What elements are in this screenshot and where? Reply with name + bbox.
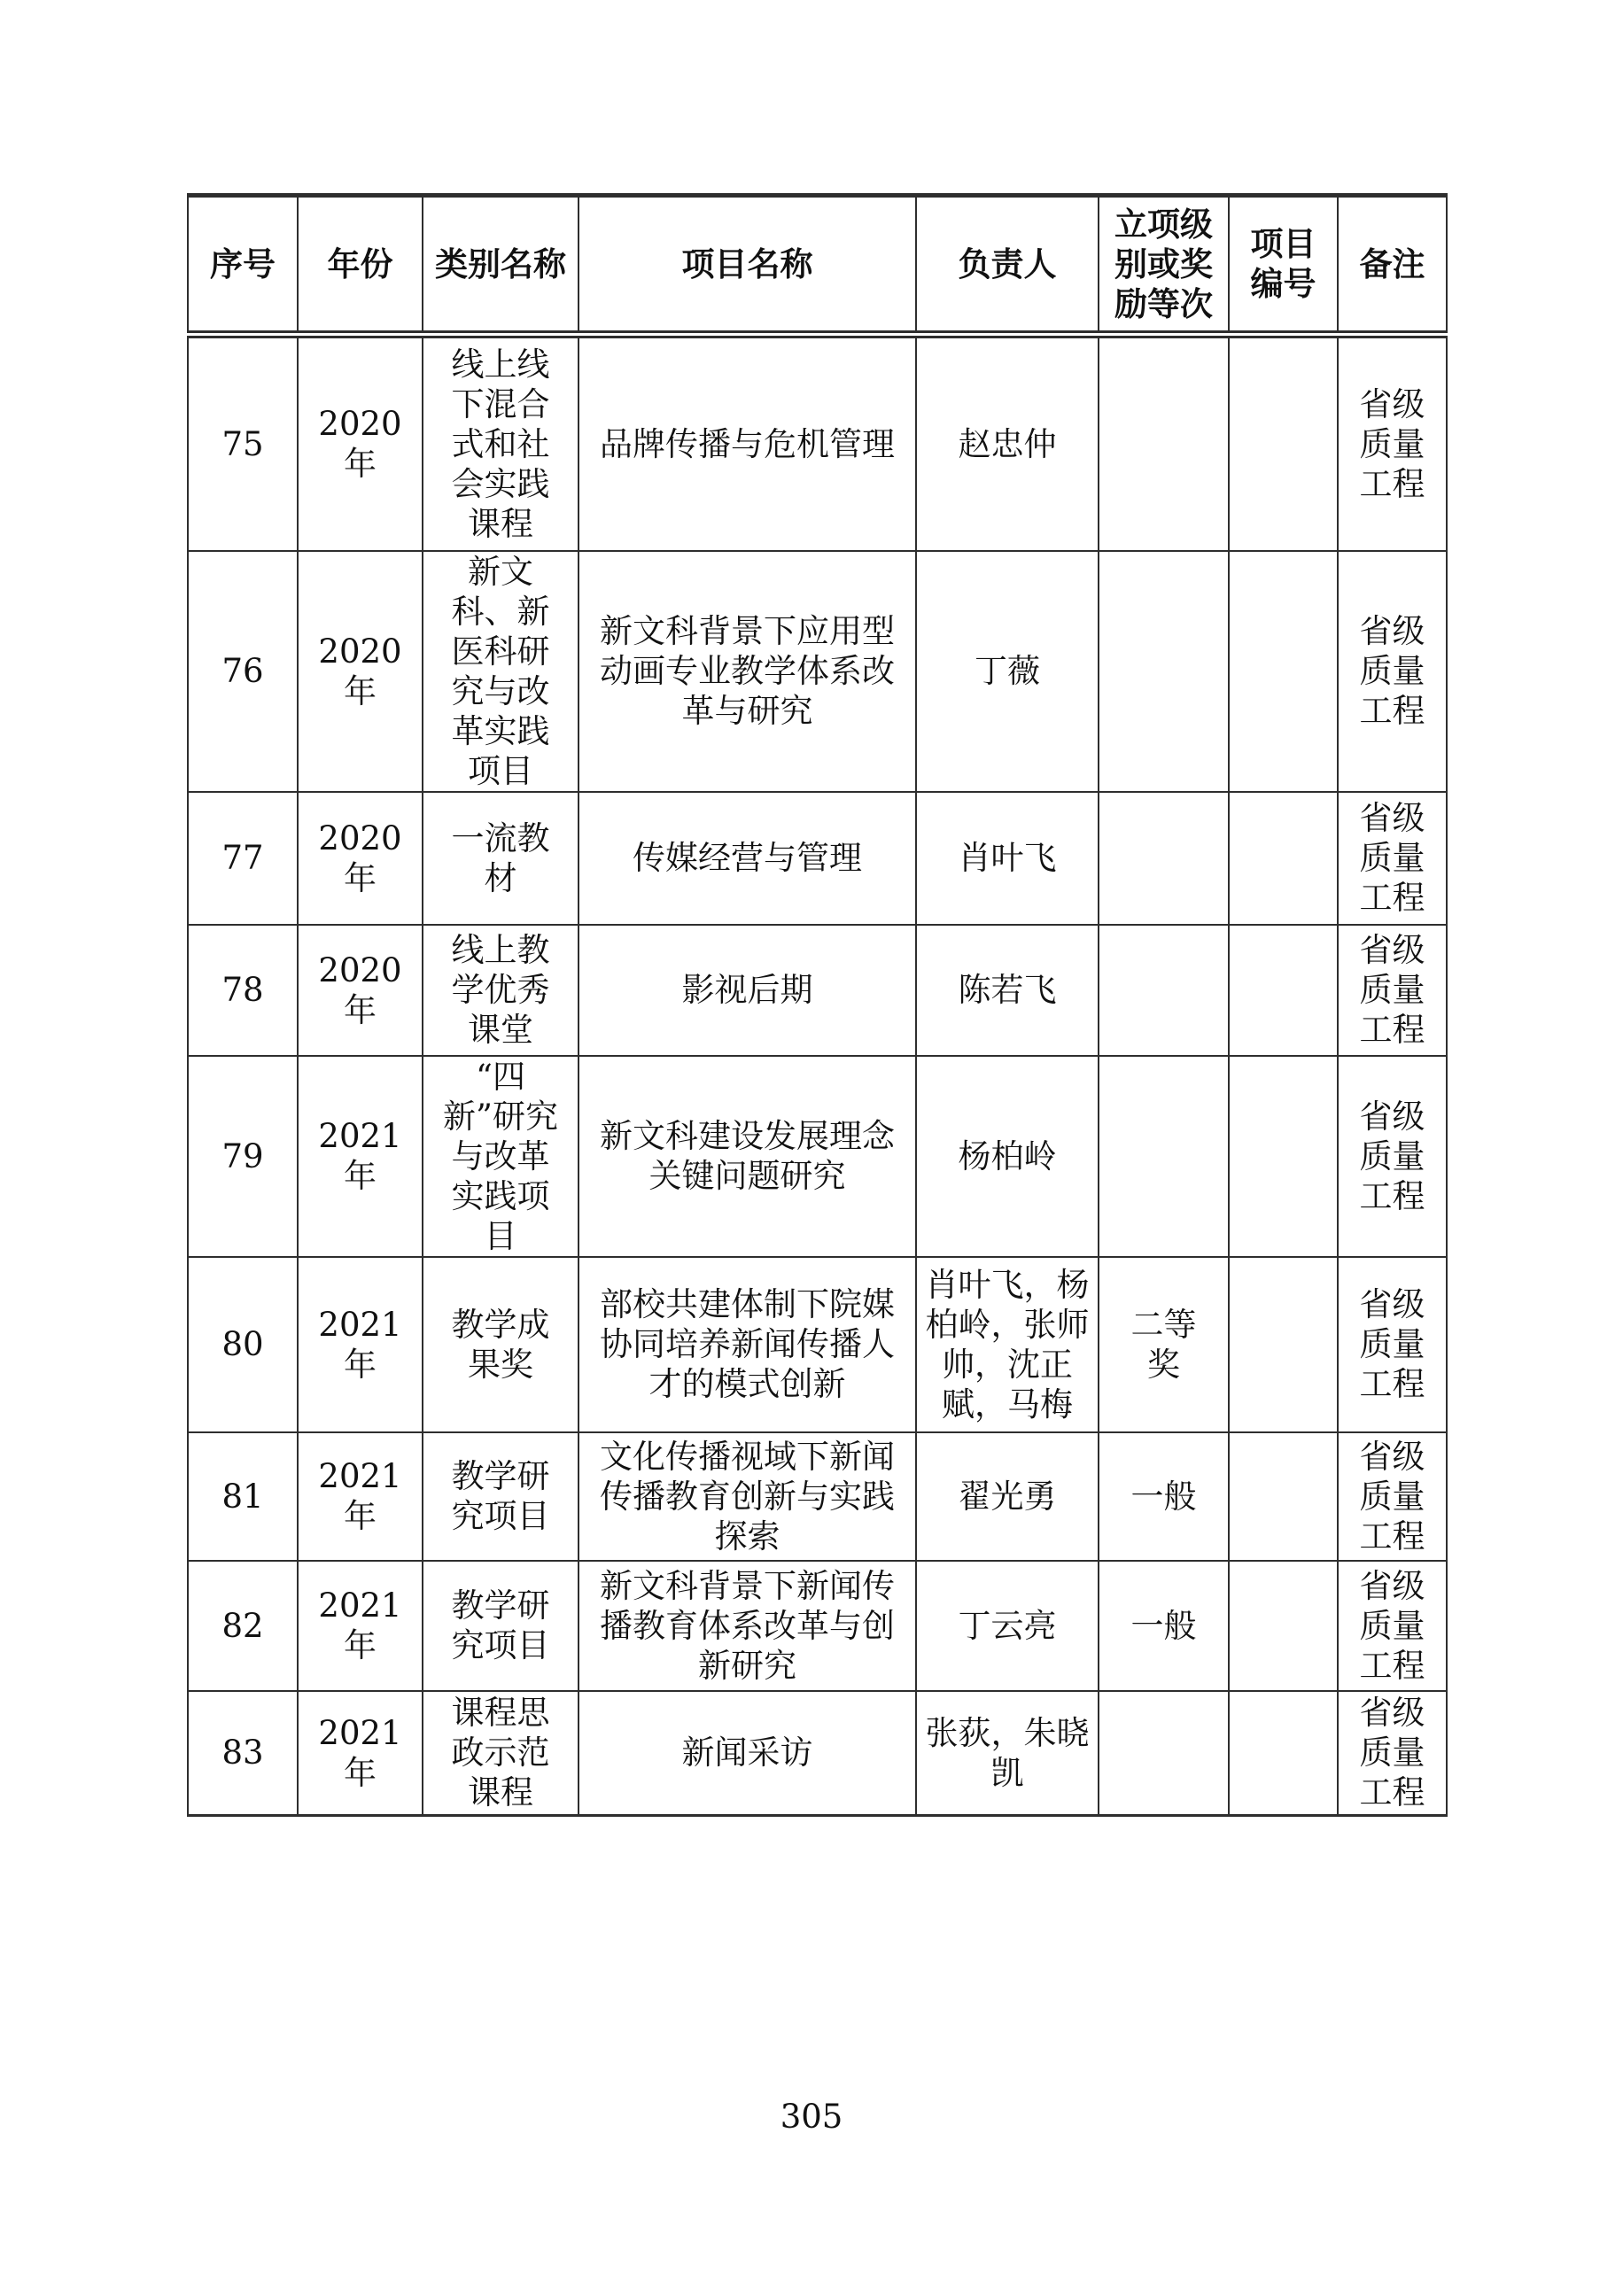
- cell-project: 新文科建设发展理念关键问题研究: [579, 1056, 916, 1257]
- cell-project: 新闻采访: [579, 1691, 916, 1816]
- cell-year: 2021年: [298, 1257, 423, 1432]
- cell-seq: 83: [188, 1691, 298, 1816]
- table-row: 81 2021年 教学研究项目 文化传播视域下新闻传播教育创新与实践探索 翟光勇…: [188, 1432, 1447, 1561]
- table-row: 77 2020年 一流教材 传媒经营与管理 肖叶飞 省级质量工程: [188, 792, 1447, 925]
- cell-project: 新文科背景下新闻传播教育体系改革与创新研究: [579, 1561, 916, 1691]
- cell-category: 教学研究项目: [423, 1561, 579, 1691]
- cell-seq: 82: [188, 1561, 298, 1691]
- column-header-year: 年份: [298, 196, 423, 335]
- column-header-seq: 序号: [188, 196, 298, 335]
- table-row: 79 2021年 “四新”研究与改革实践项目 新文科建设发展理念关键问题研究 杨…: [188, 1056, 1447, 1257]
- column-header-category: 类别名称: [423, 196, 579, 335]
- cell-level: [1099, 335, 1229, 551]
- cell-category: 新文科、新医科研究与改革实践项目: [423, 551, 579, 792]
- column-header-code: 项目编号: [1229, 196, 1338, 335]
- cell-level: 一般: [1099, 1561, 1229, 1691]
- cell-leader: 肖叶飞: [916, 792, 1099, 925]
- cell-code: [1229, 925, 1338, 1056]
- cell-level: [1099, 551, 1229, 792]
- cell-seq: 75: [188, 335, 298, 551]
- cell-seq: 79: [188, 1056, 298, 1257]
- cell-code: [1229, 1432, 1338, 1561]
- column-header-project: 项目名称: [579, 196, 916, 335]
- cell-year: 2020年: [298, 792, 423, 925]
- cell-note: 省级质量工程: [1338, 1691, 1447, 1816]
- column-header-note: 备注: [1338, 196, 1447, 335]
- cell-note: 省级质量工程: [1338, 1056, 1447, 1257]
- cell-seq: 76: [188, 551, 298, 792]
- cell-category: 教学研究项目: [423, 1432, 579, 1561]
- cell-category: 线上教学优秀课堂: [423, 925, 579, 1056]
- table-header: 序号 年份 类别名称 项目名称 负责人 立项级别或奖励等次 项目编号 备注: [188, 196, 1447, 335]
- projects-table: 序号 年份 类别名称 项目名称 负责人 立项级别或奖励等次 项目编号 备注 75…: [187, 193, 1448, 1817]
- cell-seq: 77: [188, 792, 298, 925]
- table-row: 78 2020年 线上教学优秀课堂 影视后期 陈若飞 省级质量工程: [188, 925, 1447, 1056]
- cell-code: [1229, 1691, 1338, 1816]
- cell-project: 传媒经营与管理: [579, 792, 916, 925]
- cell-year: 2020年: [298, 925, 423, 1056]
- cell-category: 一流教材: [423, 792, 579, 925]
- cell-leader: 杨柏岭: [916, 1056, 1099, 1257]
- cell-code: [1229, 1561, 1338, 1691]
- cell-level: 二等奖: [1099, 1257, 1229, 1432]
- cell-code: [1229, 1257, 1338, 1432]
- document-page: 序号 年份 类别名称 项目名称 负责人 立项级别或奖励等次 项目编号 备注 75…: [0, 0, 1623, 2296]
- cell-project: 品牌传播与危机管理: [579, 335, 916, 551]
- cell-level: [1099, 1056, 1229, 1257]
- cell-level: [1099, 792, 1229, 925]
- cell-year: 2021年: [298, 1056, 423, 1257]
- cell-year: 2021年: [298, 1691, 423, 1816]
- cell-leader: 张荻，朱晓凯: [916, 1691, 1099, 1816]
- table-row: 83 2021年 课程思政示范课程 新闻采访 张荻，朱晓凯 省级质量工程: [188, 1691, 1447, 1816]
- table-row: 82 2021年 教学研究项目 新文科背景下新闻传播教育体系改革与创新研究 丁云…: [188, 1561, 1447, 1691]
- cell-category: 线上线下混合式和社会实践课程: [423, 335, 579, 551]
- table-body: 75 2020年 线上线下混合式和社会实践课程 品牌传播与危机管理 赵忠仲 省级…: [188, 335, 1447, 1816]
- cell-note: 省级质量工程: [1338, 551, 1447, 792]
- cell-leader: 丁薇: [916, 551, 1099, 792]
- cell-category: 课程思政示范课程: [423, 1691, 579, 1816]
- cell-seq: 80: [188, 1257, 298, 1432]
- header-row: 序号 年份 类别名称 项目名称 负责人 立项级别或奖励等次 项目编号 备注: [188, 196, 1447, 335]
- cell-leader: 翟光勇: [916, 1432, 1099, 1561]
- column-header-leader: 负责人: [916, 196, 1099, 335]
- cell-level: [1099, 925, 1229, 1056]
- cell-leader: 陈若飞: [916, 925, 1099, 1056]
- cell-project: 部校共建体制下院媒协同培养新闻传播人才的模式创新: [579, 1257, 916, 1432]
- cell-project: 新文科背景下应用型动画专业教学体系改革与研究: [579, 551, 916, 792]
- cell-level: 一般: [1099, 1432, 1229, 1561]
- cell-code: [1229, 335, 1338, 551]
- cell-seq: 81: [188, 1432, 298, 1561]
- cell-category: 教学成果奖: [423, 1257, 579, 1432]
- cell-level: [1099, 1691, 1229, 1816]
- cell-code: [1229, 1056, 1338, 1257]
- cell-code: [1229, 792, 1338, 925]
- cell-year: 2020年: [298, 551, 423, 792]
- cell-category: “四新”研究与改革实践项目: [423, 1056, 579, 1257]
- cell-note: 省级质量工程: [1338, 1561, 1447, 1691]
- cell-project: 文化传播视域下新闻传播教育创新与实践探索: [579, 1432, 916, 1561]
- table-row: 76 2020年 新文科、新医科研究与改革实践项目 新文科背景下应用型动画专业教…: [188, 551, 1447, 792]
- cell-leader: 丁云亮: [916, 1561, 1099, 1691]
- page-number: 305: [0, 2098, 1623, 2136]
- cell-year: 2020年: [298, 335, 423, 551]
- cell-leader: 赵忠仲: [916, 335, 1099, 551]
- cell-note: 省级质量工程: [1338, 335, 1447, 551]
- cell-note: 省级质量工程: [1338, 1432, 1447, 1561]
- cell-code: [1229, 551, 1338, 792]
- cell-project: 影视后期: [579, 925, 916, 1056]
- table-row: 75 2020年 线上线下混合式和社会实践课程 品牌传播与危机管理 赵忠仲 省级…: [188, 335, 1447, 551]
- column-header-level: 立项级别或奖励等次: [1099, 196, 1229, 335]
- cell-note: 省级质量工程: [1338, 1257, 1447, 1432]
- cell-seq: 78: [188, 925, 298, 1056]
- cell-year: 2021年: [298, 1432, 423, 1561]
- cell-note: 省级质量工程: [1338, 792, 1447, 925]
- cell-year: 2021年: [298, 1561, 423, 1691]
- cell-leader: 肖叶飞，杨柏岭，张师帅，沈正赋，马梅: [916, 1257, 1099, 1432]
- table-row: 80 2021年 教学成果奖 部校共建体制下院媒协同培养新闻传播人才的模式创新 …: [188, 1257, 1447, 1432]
- cell-note: 省级质量工程: [1338, 925, 1447, 1056]
